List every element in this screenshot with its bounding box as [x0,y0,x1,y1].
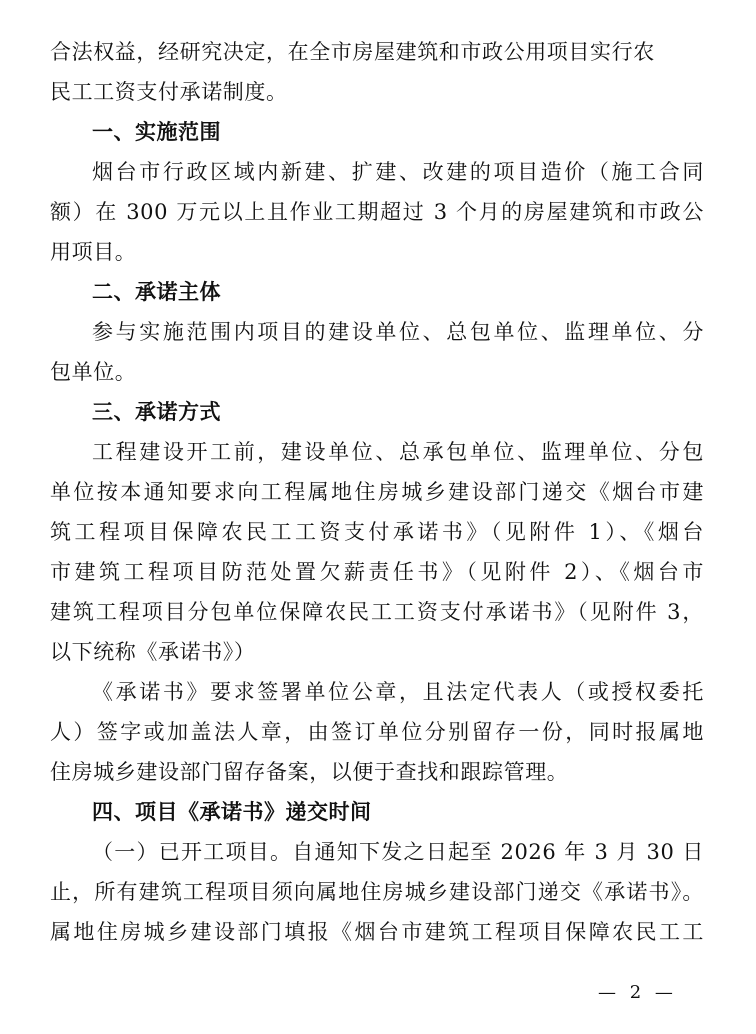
section-heading-submission-time: 四、项目《承诺书》递交时间 [92,792,372,832]
section-heading-method: 三、承诺方式 [92,392,221,432]
paragraph-line: （一）已开工项目。自通知下发之日起至 2026 年 3 月 30 日 [92,832,704,872]
paragraph-line: 住房城乡建设部门留存备案，以便于查找和跟踪管理。 [50,752,704,792]
paragraph-line: 属地住房城乡建设部门填报《烟台市建筑工程项目保障农民工工 [50,912,704,952]
paragraph-line: 建筑工程项目分包单位保障农民工工资支付承诺书》（见附件 3， [50,592,704,632]
paragraph-line: 工程建设开工前，建设单位、总承包单位、监理单位、分包 [92,432,704,472]
paragraph-line: 筑工程项目保障农民工工资支付承诺书》（见附件 1）、《烟台 [50,512,704,552]
paragraph-line: 额）在 300 万元以上且作业工期超过 3 个月的房屋建筑和市政公 [50,192,704,232]
paragraph-line: 烟台市行政区域内新建、扩建、改建的项目造价（施工合同 [92,152,704,192]
paragraph-line: 包单位。 [50,352,704,392]
paragraph-line: 参与实施范围内项目的建设单位、总包单位、监理单位、分 [92,312,704,352]
paragraph-line: 用项目。 [50,232,704,272]
section-heading-subject: 二、承诺主体 [92,272,221,312]
page-number: — 2 — [598,978,677,1008]
paragraph-line: 止，所有建筑工程项目须向属地住房城乡建设部门递交《承诺书》。 [50,872,704,912]
paragraph-line: 市建筑工程项目防范处置欠薪责任书》（见附件 2）、《烟台市 [50,552,704,592]
paragraph-line: 人）签字或加盖法人章，由签订单位分别留存一份，同时报属地 [50,712,704,752]
paragraph-line: 单位按本通知要求向工程属地住房城乡建设部门递交《烟台市建 [50,472,704,512]
paragraph-line: 合法权益，经研究决定，在全市房屋建筑和市政公用项目实行农 [50,32,704,72]
paragraph-line: 民工工资支付承诺制度。 [50,72,704,112]
section-heading-scope: 一、实施范围 [92,112,221,152]
document-page: 合法权益，经研究决定，在全市房屋建筑和市政公用项目实行农 民工工资支付承诺制度。… [0,0,756,1034]
paragraph-line: 以下统称《承诺书》） [50,632,704,672]
paragraph-line: 《承诺书》要求签署单位公章，且法定代表人（或授权委托 [92,672,704,712]
